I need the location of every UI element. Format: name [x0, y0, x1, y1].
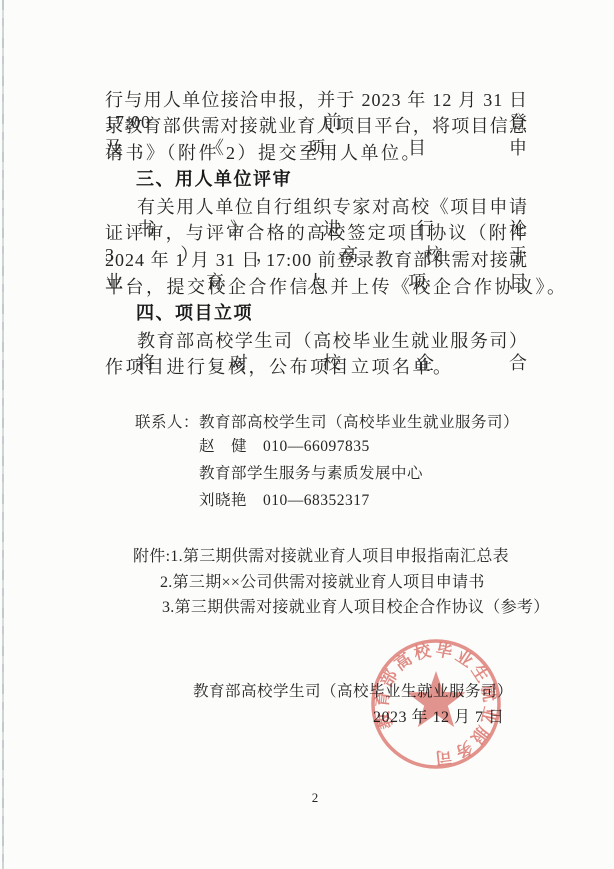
body-line: 作项目进行复核，公布项目立项名单。 [105, 356, 454, 378]
scan-edge-artifact [2, 0, 4, 869]
contact-line: 刘晓艳 010—68352317 [199, 491, 370, 511]
body-line: 请书》（附件 2）提交至用人单位。 [105, 142, 422, 164]
official-seal-graphic: 教育部高校毕业生就业服务司 [366, 634, 506, 774]
body-line: 平台，提交校企合作信息并上传《校企合作协议》。 [105, 276, 568, 298]
document-page: 行与用人单位接洽申报，并于 2023 年 12 月 31 日 17:00 前登 … [0, 0, 614, 869]
attachment-line: 3.第三期供需对接就业育人项目校企合作协议（参考） [162, 598, 550, 618]
section-heading-3: 三、用人单位评审 [136, 168, 292, 190]
attachment-line: 附件:1.第三期供需对接就业育人项目申报指南汇总表 [133, 547, 509, 567]
attachment-line: 2.第三期××公司供需对接就业育人项目申请书 [160, 573, 485, 593]
star-icon [407, 671, 466, 727]
official-seal: 教育部高校毕业生就业服务司 [366, 634, 506, 774]
section-heading-4: 四、项目立项 [136, 302, 253, 324]
contact-line: 赵 健 010—66097835 [199, 437, 370, 457]
contact-line: 教育部学生服务与素质发展中心 [199, 464, 423, 484]
page-number: 2 [295, 790, 335, 806]
contact-label-line: 联系人：教育部高校学生司（高校毕业生就业服务司） [135, 413, 519, 433]
